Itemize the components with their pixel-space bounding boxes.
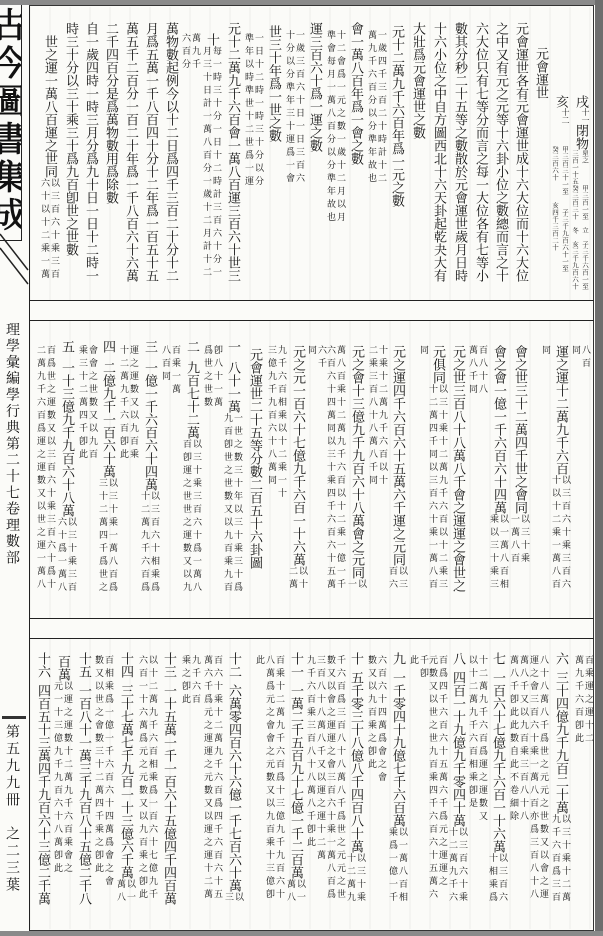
annotation: 一世之數三十年以三十乘三十爲九百卽世之世數又以九百乘九百 — [222, 413, 242, 595]
annotation: 甲三百三十一至 子三千九百六十一至癸三百六十 亥四千三百二十 — [550, 146, 570, 272]
annotation-left: 九千六百乘三百八十八萬八千卽此 — [305, 655, 315, 850]
numbered-item-column: 九 一千零四十九億七千六百萬 以一萬八百相乘爲一億一千 — [387, 652, 407, 905]
main-text: 元十二萬九千六百年爲一元之數 — [386, 25, 406, 207]
annotation-right: 百相乘爲一億一千六百六十四萬爲會之會 — [103, 655, 113, 889]
annotation-left: 月三十日計一萬八百分一歲十二月計十二 — [201, 46, 211, 280]
main-text: 數其分秒二十五等之數散於元會運世歲月日時 — [449, 22, 469, 282]
annotation-left: 十以十二乘一萬八百 — [550, 475, 560, 592]
annotation-left: 數又以九百乘之卽此 — [366, 655, 376, 772]
annotation: 百八十八萬八千同 — [467, 345, 487, 397]
annotation-column: 卽八十一萬爲世之世數 — [202, 345, 222, 410]
annotation-column: 八十八萬八千爲世之元元之世數又以會之運運之會三百六十乘一萬八百亦爲三百八十八 — [528, 655, 548, 902]
annotation-right: 卽八十一萬 — [212, 345, 222, 410]
annotation-column: 十二會爲一元之數一歲十二月以月準會每月一萬八百分以分準年故也 — [325, 30, 345, 225]
annotation-right: 以三百六十乘 — [457, 827, 467, 905]
main-text: 元俱同 — [427, 345, 447, 384]
annotation: 九千六百相乘以十二乘一十三億九千九百六十八萬同 — [266, 345, 286, 501]
main-text: 元會運世各有元會運世成十六大位而十六大位 — [510, 22, 530, 282]
annotation: 萬八百乘十二萬九千六百以十二乘一億一千六百六十四萬同以三十乘四千六百六十五萬 — [325, 345, 345, 592]
register-divider — [29, 320, 594, 321]
annotation: 百乘一萬八百同 — [160, 345, 180, 397]
text-column: 元之會十三億九千九百六十八萬會之元同 以一 — [346, 345, 366, 592]
annotation-right: 千六百爲三百八十八萬八千爲世之元元之世 — [335, 655, 345, 902]
annotation: 九千六百乘之卽此 — [180, 655, 200, 707]
book-title: 古今圖書集成 — [0, 7, 22, 235]
main-text: 十 — [201, 33, 221, 46]
annotation-left: 六十以十二乘一萬 — [39, 178, 49, 282]
text-column: 會之會一億一千六百六十四萬 以一萬八百相乘以三十乘三 — [488, 345, 508, 592]
text-column: 二千四百分是爲萬物數用爲除數 — [100, 22, 120, 204]
annotation-left: 元數又以世之世九百乘四千六百六十五萬六 — [427, 655, 437, 902]
item-number: 十五 — [73, 652, 93, 678]
annotation-left: 運之會三百六十乘一萬八百亦爲三百八十八 — [528, 655, 538, 902]
annotation-left: 乘以三十乘三 — [488, 514, 498, 592]
annotation: 卽八十一萬爲世之世數 — [202, 345, 222, 410]
annotation-column: 六千同 — [306, 345, 326, 371]
annotation-column: 百乘運之運十二萬九千六百卽此 — [573, 655, 593, 746]
section-title: 理學彙編學行典第二十七卷理數部 — [2, 322, 22, 567]
annotation-left: 十二萬九千六 — [447, 827, 457, 905]
annotation: 以三百六十乘三百六十以十二乘一萬八百 — [550, 475, 570, 592]
annotation-column: 九千六百乘之卽此 — [180, 655, 200, 707]
annotation-right: 百乘一萬 — [170, 345, 180, 397]
annotation-right: 三百八十八萬八千又以運之運十二萬 — [315, 655, 325, 863]
annotation-left: 二萬九千六百爲運之運數又以世之運一萬八 — [35, 345, 45, 592]
text-column: 月爲五萬一千八百四十分十二年爲一百五十五 — [140, 22, 160, 282]
annotation-left: 九千六百爲三百 — [550, 814, 560, 905]
annotation: 十二會爲一元之數一歲十二月以月準會每月一萬八百分以分準年故也 — [325, 30, 345, 225]
scan-edge-right — [595, 0, 603, 936]
branch-label: 戌 — [570, 95, 590, 108]
annotation: 星之三百一十五 — [570, 150, 590, 185]
annotation-right: 一日十二時一時三十分以分 — [253, 33, 263, 189]
annotation-left: 此 — [408, 655, 418, 668]
annotation-column: 一歲三百六十日一日三百六十分以分準年三十運爲一會 — [284, 30, 304, 186]
annotation-right: 以三百六十相乘爲 — [149, 491, 159, 595]
annotation-left: 元一十三億九千九百六十八萬卽此 — [52, 681, 62, 876]
annotation-column: 百爲世之運數又以三百六十乘三百六十爲十二萬九千六百爲運之運數又以世之運一萬八 — [35, 345, 55, 592]
main-text: 時三十分以三十乘三十爲九百卽世之世數 — [60, 22, 80, 256]
annotation-column: 百六十乘十二萬九千六百爲四千六百六十五萬六千爲元之運運之元數又以運之運十二萬 — [202, 655, 222, 902]
annotation-right: 以三十乘一萬八百爲 — [107, 478, 117, 595]
annotation-right: 百八十八 — [477, 345, 487, 397]
annotation-right: 以一 — [295, 879, 305, 905]
register-divider — [29, 638, 594, 639]
numbered-item-column: 三 一億一千六百六十四萬 以三百六十相乘爲十二萬九千六百爲 — [139, 340, 159, 595]
scan-edge-bottom — [0, 931, 603, 936]
main-text: 二億九千一百六十萬 — [97, 361, 117, 478]
annotation-right: 以三十乘 — [355, 853, 365, 905]
annotation-right: 以三百六十乘三百六 — [560, 475, 570, 592]
main-text: 元十二萬九千六百會一萬八百運三百六十世三 — [222, 22, 242, 282]
main-text: 一百六十七億九千六百一十六萬 — [487, 671, 507, 853]
main-text: 三十四億九千九百二十萬 — [550, 671, 570, 814]
annotation: 十乘十二萬九千六百以十二乘三百八十八萬八千同 — [367, 345, 387, 488]
annotation-right: 以十二萬九千六百相乘爲一百六十七億九千 — [147, 655, 157, 902]
fishtail-bar — [2, 716, 26, 719]
annotation: 每一時三十分一日十二時計三百六十分一月三十日計一萬八百分一歲十二月計十二 — [201, 46, 221, 280]
annotation: 以一 — [346, 579, 366, 592]
item-number: 十三 — [158, 652, 178, 678]
annotation-left: 準年以時準世十二世爲一運 — [243, 33, 253, 189]
annotation-right: 以 — [356, 579, 366, 592]
text-column: 之中又有元之元等十六卦小位之數總而言之十 — [490, 22, 510, 282]
annotation: 千六百爲三百八十八萬八千爲世之元元之世數又以會之運運之會三百六十乘一萬八百爲 — [325, 655, 345, 902]
annotation: 萬九千六百分 — [180, 33, 200, 72]
item-number: 十六 — [32, 652, 52, 678]
annotation: 百爲四千六百六十五萬六千爲元之運運之元數又以世之世九百乘四千六百六十五萬六 — [427, 655, 447, 902]
annotation-left: 乘三十二萬四千卽此 — [77, 345, 87, 462]
annotation-left: 六百六十四萬同以三十乘四千六百六十五萬 — [325, 345, 335, 592]
annotation-column: 八百同 — [570, 345, 590, 371]
annotation-column: 九千六百相乘以十二乘一十三億九千九百六十八萬同 — [266, 345, 286, 501]
annotation: 三百八十八萬八千又以運之運十二萬九千六百乘三百八十八萬八千卽此 — [305, 655, 325, 863]
text-column: 元十二萬九千六百年爲一元之數 — [386, 25, 406, 207]
annotation: 百六十乘十二萬九千六百爲四千六百六十五萬六千爲元之運運之元數又以運之運十二萬 — [202, 655, 222, 902]
annotation: 以三十乘三百六十爲一萬八百卽運之世世之運數又以九 — [181, 439, 201, 595]
main-text: 自一歲四時一時三月分爲九十日一日十二時一 — [80, 22, 100, 282]
annotation-right: 九千六百相乘以十二乘一十 — [276, 345, 286, 501]
annotation-left: 百卽運之世世之運數又以九 — [181, 439, 191, 595]
annotation-right: 一歲三百六十日一日三百六 — [294, 30, 304, 186]
annotation-right: 以三百六 — [497, 853, 507, 905]
annotation-column: 百爲四千六百六十五萬六千爲元之運運之元數又以世之世九百乘四千六百六十五萬六 — [427, 655, 447, 902]
annotation-left: 同 — [306, 345, 316, 358]
annotation-right: 萬九千 — [190, 33, 200, 72]
annotation-right: 甲三百三十一至 子三千九百六十一至 — [561, 146, 569, 272]
text-column: 自一歲四時一時三月分爲九十日一日十二時一 — [80, 22, 100, 282]
annotation-column: 此 — [244, 655, 264, 668]
annotation-column: 百八十八萬八千同 — [467, 345, 487, 397]
annotation-left: 萬六千爲元之運運之元數又以運之運十二萬 — [202, 655, 212, 902]
main-text: 二千四百分是爲萬物數用爲除數 — [100, 22, 120, 204]
annotation-right: 以運之運數十二萬九千六百乘會之 — [62, 681, 72, 876]
main-text: 之中又有元之元等十六卦小位之數總而言之十 — [490, 22, 510, 282]
annotation-right: 六百六十四萬爲會之會 — [376, 655, 386, 785]
main-text: 元之會十三億九千九百六十八萬會之元同 — [346, 345, 366, 579]
annotation-right: 十乘十二萬九千六百以十 — [377, 345, 387, 488]
annotation-right: 以三十乘 — [519, 514, 529, 566]
main-text: 一十五萬一千一百六十五億四千四百萬 — [158, 684, 178, 905]
annotation-right: 十二萬九千六百爲運之運數又 — [477, 655, 487, 824]
branch-ordinal: 十一 — [580, 108, 590, 124]
annotation-column: 萬八百乘十二萬九千六百以十二乘一億一千六百六十四萬同以三十乘四千六百六十五萬 — [325, 345, 345, 592]
annotation-right: 九千六百 — [190, 655, 200, 707]
item-number: 一 — [222, 340, 242, 353]
text-column: 六大位只有七等分而言之每一大位各有七等小 — [470, 22, 490, 282]
annotation-right: 每一時三十分一日十二時計三百六十分一 — [211, 46, 221, 280]
annotation-left: 三百一十五 — [571, 150, 579, 185]
annotation-left: 二萬 — [287, 566, 297, 592]
annotation-right: 同 — [540, 345, 550, 358]
annotation-right: 運之運數又以九百乘 — [128, 345, 138, 462]
annotation-left: 八萬爲元之會會之元數又以九百乘十三億卽 — [264, 655, 274, 902]
annotation-column: 一日十二時一時三十分以分準年以時準世十二世爲一運 — [243, 33, 263, 189]
annotation: 以三 — [223, 892, 243, 905]
main-text: 元之運四千六百六十五萬六千運之元同 — [387, 345, 407, 566]
annotation-column: 同 — [408, 345, 428, 358]
annotation-right: 百六十乘十二萬九千六百爲四千六百六十五 — [212, 655, 222, 902]
annotation-left: 癸三百三十 冬 亥三千九百六十 — [571, 185, 579, 290]
annotation: 以一萬八百相乘爲一億一千 — [387, 827, 407, 905]
main-text: 萬物數起例今以十二日爲四千三百二十分十二 — [160, 22, 180, 282]
annotation-column: 一歲四千三百二十時計十二萬九千六百分以分準年故也 — [366, 30, 386, 186]
text-column: 十六小位之中自方圖西北十六天卦起乾夬大有 — [428, 22, 448, 282]
annotation-right: 八百 — [580, 345, 590, 371]
main-text: 一千零四十九億七千六百萬 — [387, 671, 407, 827]
annotation-column: 同 — [530, 345, 550, 358]
annotation: 以三百六十乘十二萬九千六 — [447, 827, 467, 905]
text-column: 元會運世二十五等分數二百五十六卦圖 — [244, 348, 264, 569]
text-column: 運三百六十爲一運之數 — [304, 22, 324, 152]
annotation-right: 會會之世數又以九百 — [87, 345, 97, 462]
annotation-left: 十二萬九千六百爲 — [139, 491, 149, 595]
main-text: 元之元一百六十七億九千六百一十六萬 — [287, 345, 307, 566]
annotation-left: 萬八千卽此此數自此不卷細除 — [508, 655, 518, 824]
item-number: 三 — [139, 340, 159, 353]
annotation: 千卽此 — [408, 655, 428, 681]
annotation-column: 百乘一萬八百同 — [160, 345, 180, 397]
main-text: 八十一萬 — [222, 361, 242, 413]
annotation-left: 同 — [570, 345, 580, 358]
annotation-right: 同 — [418, 345, 428, 358]
annotation: 一歲三百六十日一日三百六十分以分準年三十運爲一會 — [284, 30, 304, 186]
item-number: 十一 — [285, 652, 305, 678]
numbered-item-column: 七 一百六十七億九千六百一十六萬 以三百六十相乘爲 — [487, 652, 507, 905]
annotation-right: 以一萬八百相 — [397, 827, 407, 905]
main-text: 萬五千二百分一百二十年爲一千八百六十六萬 — [120, 22, 140, 282]
annotation-left: 萬八千同 — [467, 345, 477, 397]
main-text: 一百八十一萬三千九百八十五億二千八 — [73, 684, 93, 905]
annotation: 以三百六十相乘爲十二萬九千六百爲 — [139, 491, 159, 595]
annotation-left: 萬九千六百分以分準年故也 — [366, 30, 376, 186]
annotation-column: 以十二萬九千六百相乘爲一百六十七億九千六百一十六萬爲元之元數又以九百乘之卽此 — [137, 655, 157, 902]
annotation-left: 乘之卽此 — [180, 655, 190, 707]
annotation-left: 六十爲一萬八 — [56, 517, 66, 595]
main-text: 一十三億九千九百六十八萬 — [56, 361, 76, 517]
main-text: 運三百六十爲一運之數 — [304, 22, 324, 152]
annotation-right: 此 — [254, 655, 264, 668]
annotation-left: 數又以世之會數三十二萬四千乘之卽此 — [93, 655, 103, 876]
main-text: 五千零三十八億八千四百八十萬 — [345, 671, 365, 853]
numbered-item-column: 十五 一百八十一萬三千九百八十五億二千八 — [73, 652, 93, 905]
register-divider — [29, 618, 594, 619]
annotation: 百乘運之運十二萬九千六百卽此 — [573, 655, 593, 746]
annotation-left: 八百同 — [160, 345, 170, 384]
text-column: 世之運一萬八百運之世同 以三百六十乘三百六十以十二乘一萬 — [39, 35, 59, 282]
annotation: 一日十二時一時三十分以分準年以時準世十二世爲一運 — [243, 33, 263, 189]
text-column: 百萬 以運之運數十二萬九千六百乘會之元一十三億九千九百六十八萬卽此 — [52, 655, 72, 876]
fishtail-ornament-icon — [0, 232, 29, 292]
text-column: 萬五千二百分一百二十年爲一千八百六十六萬 — [120, 22, 140, 282]
annotation-left: 九百卽世之世數又以九百乘九百 — [222, 413, 232, 595]
annotation-column: 十二萬九千六百爲運之運數又以十二萬九千六百相乘卽是 — [467, 655, 487, 824]
annotation-left: 萬九千六百卽此 — [573, 655, 583, 746]
annotation: 以三十乘十二萬九 — [345, 853, 365, 905]
annotation-right: 百乘十二萬九千六百爲十三億九千九百六十 — [274, 655, 284, 902]
annotation: 以三十乘一萬八百 — [509, 514, 529, 566]
text-column: 會之世三十二萬四千世之會同 以三十乘一萬八百 — [509, 345, 529, 566]
main-text: 世之運一萬八百運之世同 — [39, 35, 59, 178]
annotation: 會會之世數又以九百乘三十二萬四千卽此 — [77, 345, 97, 462]
numbered-item-column: 十四 三十七萬七千九百一十三億六千萬 以一萬八 — [115, 652, 135, 905]
annotation-left: 三十二萬四千爲世之 — [97, 478, 107, 595]
annotation-left: 十二萬九 — [345, 853, 355, 905]
annotation: 以三百六十乘三百六十以十二乘一萬 — [39, 178, 59, 282]
item-number: 十四 — [115, 652, 135, 678]
annotation-right: 千卽 — [418, 655, 428, 681]
text-column: 萬物數起例今以十二日爲四千三百二十分十二 — [160, 22, 180, 282]
annotation-right: 以一 — [125, 879, 135, 905]
text-column: 元之運四千六百六十五萬六千運之元同 以三百六 — [387, 345, 407, 592]
annotation-left: 十相乘爲 — [487, 853, 497, 905]
annotation: 運之運數又以九百乘十二萬九千六百卽此 — [118, 345, 138, 462]
annotation: 同 — [408, 345, 428, 358]
section-heading: 元會運世 — [530, 47, 550, 99]
annotation-left: 百六 — [387, 566, 397, 592]
annotation: 以三十乘一萬八百爲三十二萬四千爲世之 — [97, 478, 117, 595]
annotation: 以三十乘十二萬九千六百爲三百 — [550, 814, 570, 905]
annotation-left: 萬八 — [285, 879, 295, 905]
annotation-left: 一萬八百 — [509, 514, 519, 566]
annotation-left: 十分以分準年三十運爲一會 — [284, 30, 294, 186]
item-number: 八 — [447, 652, 467, 665]
annotation: 一歲四千三百二十時計十二萬九千六百分以分準年故也 — [366, 30, 386, 186]
annotation-right: 萬八千又以九百乘三百八十八 — [518, 655, 528, 824]
annotation-right: 一歲四千三百二十時計十二 — [376, 30, 386, 186]
annotation-right: 百乘運之運十二 — [583, 655, 593, 746]
main-text: 會一萬八百年爲一會之數 — [345, 22, 365, 165]
text-column: 元會運世 — [530, 47, 550, 99]
annotation-column: 十乘十二萬九千六百以十二乘三百八十八萬八千同 — [367, 345, 387, 488]
main-text: 四百五十三萬四千九百六十三億二千萬 — [32, 684, 52, 905]
item-number: 五 — [56, 340, 76, 353]
item-number: 十 — [345, 652, 365, 665]
annotation-column: 三百八十八萬八千又以運之運十二萬九千六百乘三百八十八萬八千卽此 — [305, 655, 325, 863]
annotation-column: 萬八千又以九百乘三百八十八萬八千卽此此數自此不卷細除 — [508, 655, 528, 824]
annotation-right: 以十 — [297, 566, 307, 592]
text-column: 元之世三百八十八萬八千會之運運之會世之 — [447, 345, 467, 592]
annotation-left: 以十二萬九千六百相乘卽是 — [467, 655, 477, 811]
item-number: 九 — [387, 652, 407, 665]
annotation-column: 百相乘爲一億一千六百六十四萬爲會之會數又以世之會數三十二萬四千乘之卽此 — [93, 655, 113, 889]
annotation-left: 六百分 — [180, 33, 190, 72]
main-text: 大壯爲元會運世之數 — [407, 22, 427, 139]
main-text: 六大位只有七等分而言之每一大位各有七等小 — [470, 22, 490, 282]
numbered-item-column: 十三 一十五萬一千一百六十五億四千四百萬 — [158, 652, 178, 905]
main-text: 運之運十二萬九千六百 — [550, 345, 570, 475]
annotation-right: 以三百六十乘三百 — [49, 178, 59, 282]
annotation-right: 星之 — [581, 150, 589, 164]
annotation-left: 十二萬四千同以三百六十乘一萬八百 — [427, 384, 437, 592]
annotation-right: 百爲世之運數又以三百六十乘三百六十爲十 — [45, 345, 55, 592]
earthly-branch-column: 戌 十一 閉物 星之三百一十五 甲三百一至 立 子三千六百一至癸三百三十 冬 亥… — [570, 95, 590, 290]
annotation: 以三十乘三百六十爲一萬八 — [56, 517, 76, 595]
annotation-column: 千卽此 — [408, 655, 428, 681]
annotation-column: 千六百爲三百八十八萬八千爲世之元元之世數又以會之運運之會三百六十乘一萬八百爲 — [325, 655, 345, 902]
annotation-left: 二乘三百八十八萬八千同 — [367, 345, 377, 488]
annotation: 六千同 — [306, 345, 326, 371]
leaf-number: 之二三葉 — [2, 826, 22, 894]
annotation: 以運之運數十二萬九千六百乘會之元一十三億九千九百六十八萬卽此 — [52, 681, 72, 876]
text-column: 元十二萬九千六百會一萬八百運三百六十世三 — [222, 22, 242, 282]
annotation: 以十二萬 — [287, 566, 307, 592]
annotation-right: 一世之數三十年以三十乘三十爲 — [232, 413, 242, 595]
annotation: 甲三百一至 立 子三千六百一至癸三百三十 冬 亥三千九百六十 — [570, 185, 590, 290]
main-text: 九百七十二萬 — [181, 361, 201, 439]
annotation: 百爲世之運數又以三百六十乘三百六十爲十二萬九千六百爲運之運數又以世之運一萬八 — [35, 345, 55, 592]
main-text: 百萬 — [52, 655, 72, 681]
annotation-column: 六百六十四萬爲會之會數又以九百乘之卽此 — [366, 655, 386, 785]
annotation-right: 以 — [233, 892, 243, 905]
annotation: 以三百六 — [387, 566, 407, 592]
numbered-item-column: 五 一十三億九千九百六十八萬 以三十乘三百六十爲一萬八 — [56, 340, 76, 595]
annotation-right: 百爲四千六百六十五萬六千爲元之運運之 — [437, 655, 447, 889]
annotation: 萬八千又以九百乘三百八十八萬八千卽此此數自此不卷細除 — [508, 655, 528, 824]
annotation: 以十二萬九千六百相乘爲一百六十七億九千六百一十六萬爲元之元數又以九百乘之卽此 — [137, 655, 157, 902]
numbered-item-column: 十 五千零三十八億八千四百八十萬 以三十乘十二萬九 — [345, 652, 365, 905]
text-column: 時三十分以三十乘三十爲九百卽世之世數 — [60, 22, 80, 256]
text-column: 元會運世各有元會運世成十六大位而十六大位 — [510, 22, 530, 282]
annotation: 八十八萬八千爲世之元元之世數又以會之運運之會三百六十乘一萬八百亦爲三百八十八 — [528, 655, 548, 902]
annotation-right: 六千 — [316, 345, 326, 371]
annotation: 以一萬八百相乘以三十乘三 — [488, 514, 508, 592]
main-text: 會之會一億一千六百六十四萬 — [488, 345, 508, 514]
main-text: 六萬零四百六十六億一千七百六十萬 — [223, 684, 243, 892]
annotation-left: 數又以會之運運之會三百六十乘一萬八百爲 — [325, 655, 335, 902]
numbered-item-column: 十一 一萬二千五百九十七億一千二百萬 以一萬八 — [285, 652, 305, 905]
annotation: 百乘十二萬九千六百爲十三億九千九百六十八萬爲元之會會之元數又以九百乘十三億卽 — [264, 655, 284, 902]
annotation: 六百六十四萬爲會之會數又以九百乘之卽此 — [366, 655, 386, 785]
main-text: 四百一十九億九千零四十萬 — [447, 671, 467, 827]
numbered-item-column: 四 二億九千一百六十萬 以三十乘一萬八百爲三十二萬四千爲世之 — [97, 340, 117, 595]
main-text: 三十七萬七千九百一十三億六千萬 — [115, 684, 135, 879]
annotation: 同 — [530, 345, 550, 358]
annotation-right: 萬八百乘十二萬九千六百以十二乘一億一千 — [335, 345, 345, 592]
annotation-left: 萬八 — [115, 879, 125, 905]
numbered-item-column: 六 三十四億九千九百二十萬 以三十乘十二萬九千六百爲三百 — [550, 652, 570, 905]
text-column: 十 每一時三十分一日十二時計三百六十分一月三十日計一萬八百分一歲十二月計十二 — [201, 33, 221, 280]
numbered-item-column: 一 八十一萬 一世之數三十年以三十乘三十爲九百卽世之世數又以九百乘九百 — [222, 340, 242, 595]
annotation-left: 爲世之世數 — [202, 345, 212, 410]
text-column: 元之元一百六十七億九千六百一十六萬 以十二萬 — [287, 345, 307, 592]
item-number: 六 — [550, 652, 570, 665]
main-text: 會之世三十二萬四千世之會同 — [509, 345, 529, 514]
text-column: 元俱同 以三十乘十二萬九千六百以十二乘三十二萬四千同以三百六十乘一萬八百 — [427, 345, 447, 592]
numbered-item-column: 二 九百七十二萬 以三十乘三百六十爲一萬八百卽運之世世之運數又以九 — [181, 340, 201, 595]
annotation-left: 六百一十六萬爲元之元數又以九百乘之卽此 — [137, 655, 147, 902]
annotation: 以一萬八 — [115, 879, 135, 905]
annotation-right: 以三十乘三百六十爲一萬八 — [191, 439, 201, 595]
annotation-right: 八十八萬八千爲世之元元之世數又以會之運 — [538, 655, 548, 902]
branch-ordinal: 十二 — [560, 108, 570, 124]
text-column: 數其分秒二十五等之數散於元會運世歲月日時 — [449, 22, 469, 282]
annotation-left: 準會每月一萬八百分以分準年故也 — [325, 30, 335, 225]
register-divider — [29, 300, 594, 301]
main-text: 十六小位之中自方圖西北十六天卦起乾夬大有 — [428, 22, 448, 282]
annotation-left: 三 — [223, 892, 233, 905]
annotation-left: 乘爲一億一千 — [387, 827, 397, 905]
annotation: 以一萬八 — [285, 879, 305, 905]
annotation-column: 萬九千六百分 — [180, 33, 200, 72]
volume-number: 第五九九冊 — [2, 724, 22, 809]
annotation-right: 甲三百一至 立 子三千六百一至 — [581, 185, 589, 290]
annotation-right: 十二會爲一元之數一歲十二月以月 — [335, 30, 345, 225]
item-number: 四 — [97, 340, 117, 353]
annotation-left: 癸三百六十 亥四千三百二十 — [551, 146, 559, 251]
numbered-item-column: 十二 六萬零四百六十六億一千七百六十萬 以三 — [223, 652, 243, 905]
book-title-box: 古今圖書集成 — [0, 5, 22, 241]
